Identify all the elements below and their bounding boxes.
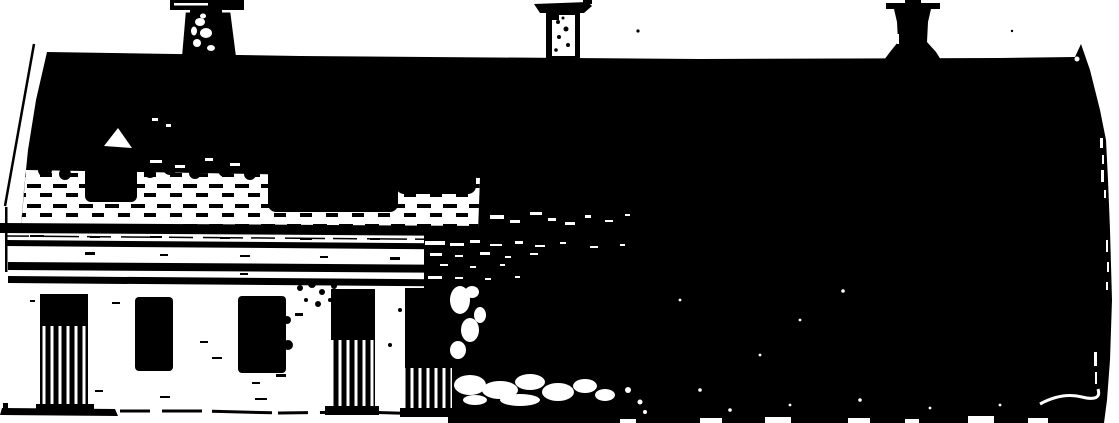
wall-corner-line xyxy=(5,207,8,272)
engraving-illustration xyxy=(0,0,1119,423)
window-3 xyxy=(238,296,293,373)
sky-speck xyxy=(636,29,639,32)
engraving-figure xyxy=(0,0,1119,423)
opening-louver-door-5 xyxy=(400,288,456,417)
opening-louver-door-4 xyxy=(325,289,379,415)
gable-tip-notch xyxy=(1075,57,1080,62)
opening-louver-door-1 xyxy=(36,294,94,413)
window-2 xyxy=(135,297,173,371)
sky-speck xyxy=(1011,30,1013,32)
